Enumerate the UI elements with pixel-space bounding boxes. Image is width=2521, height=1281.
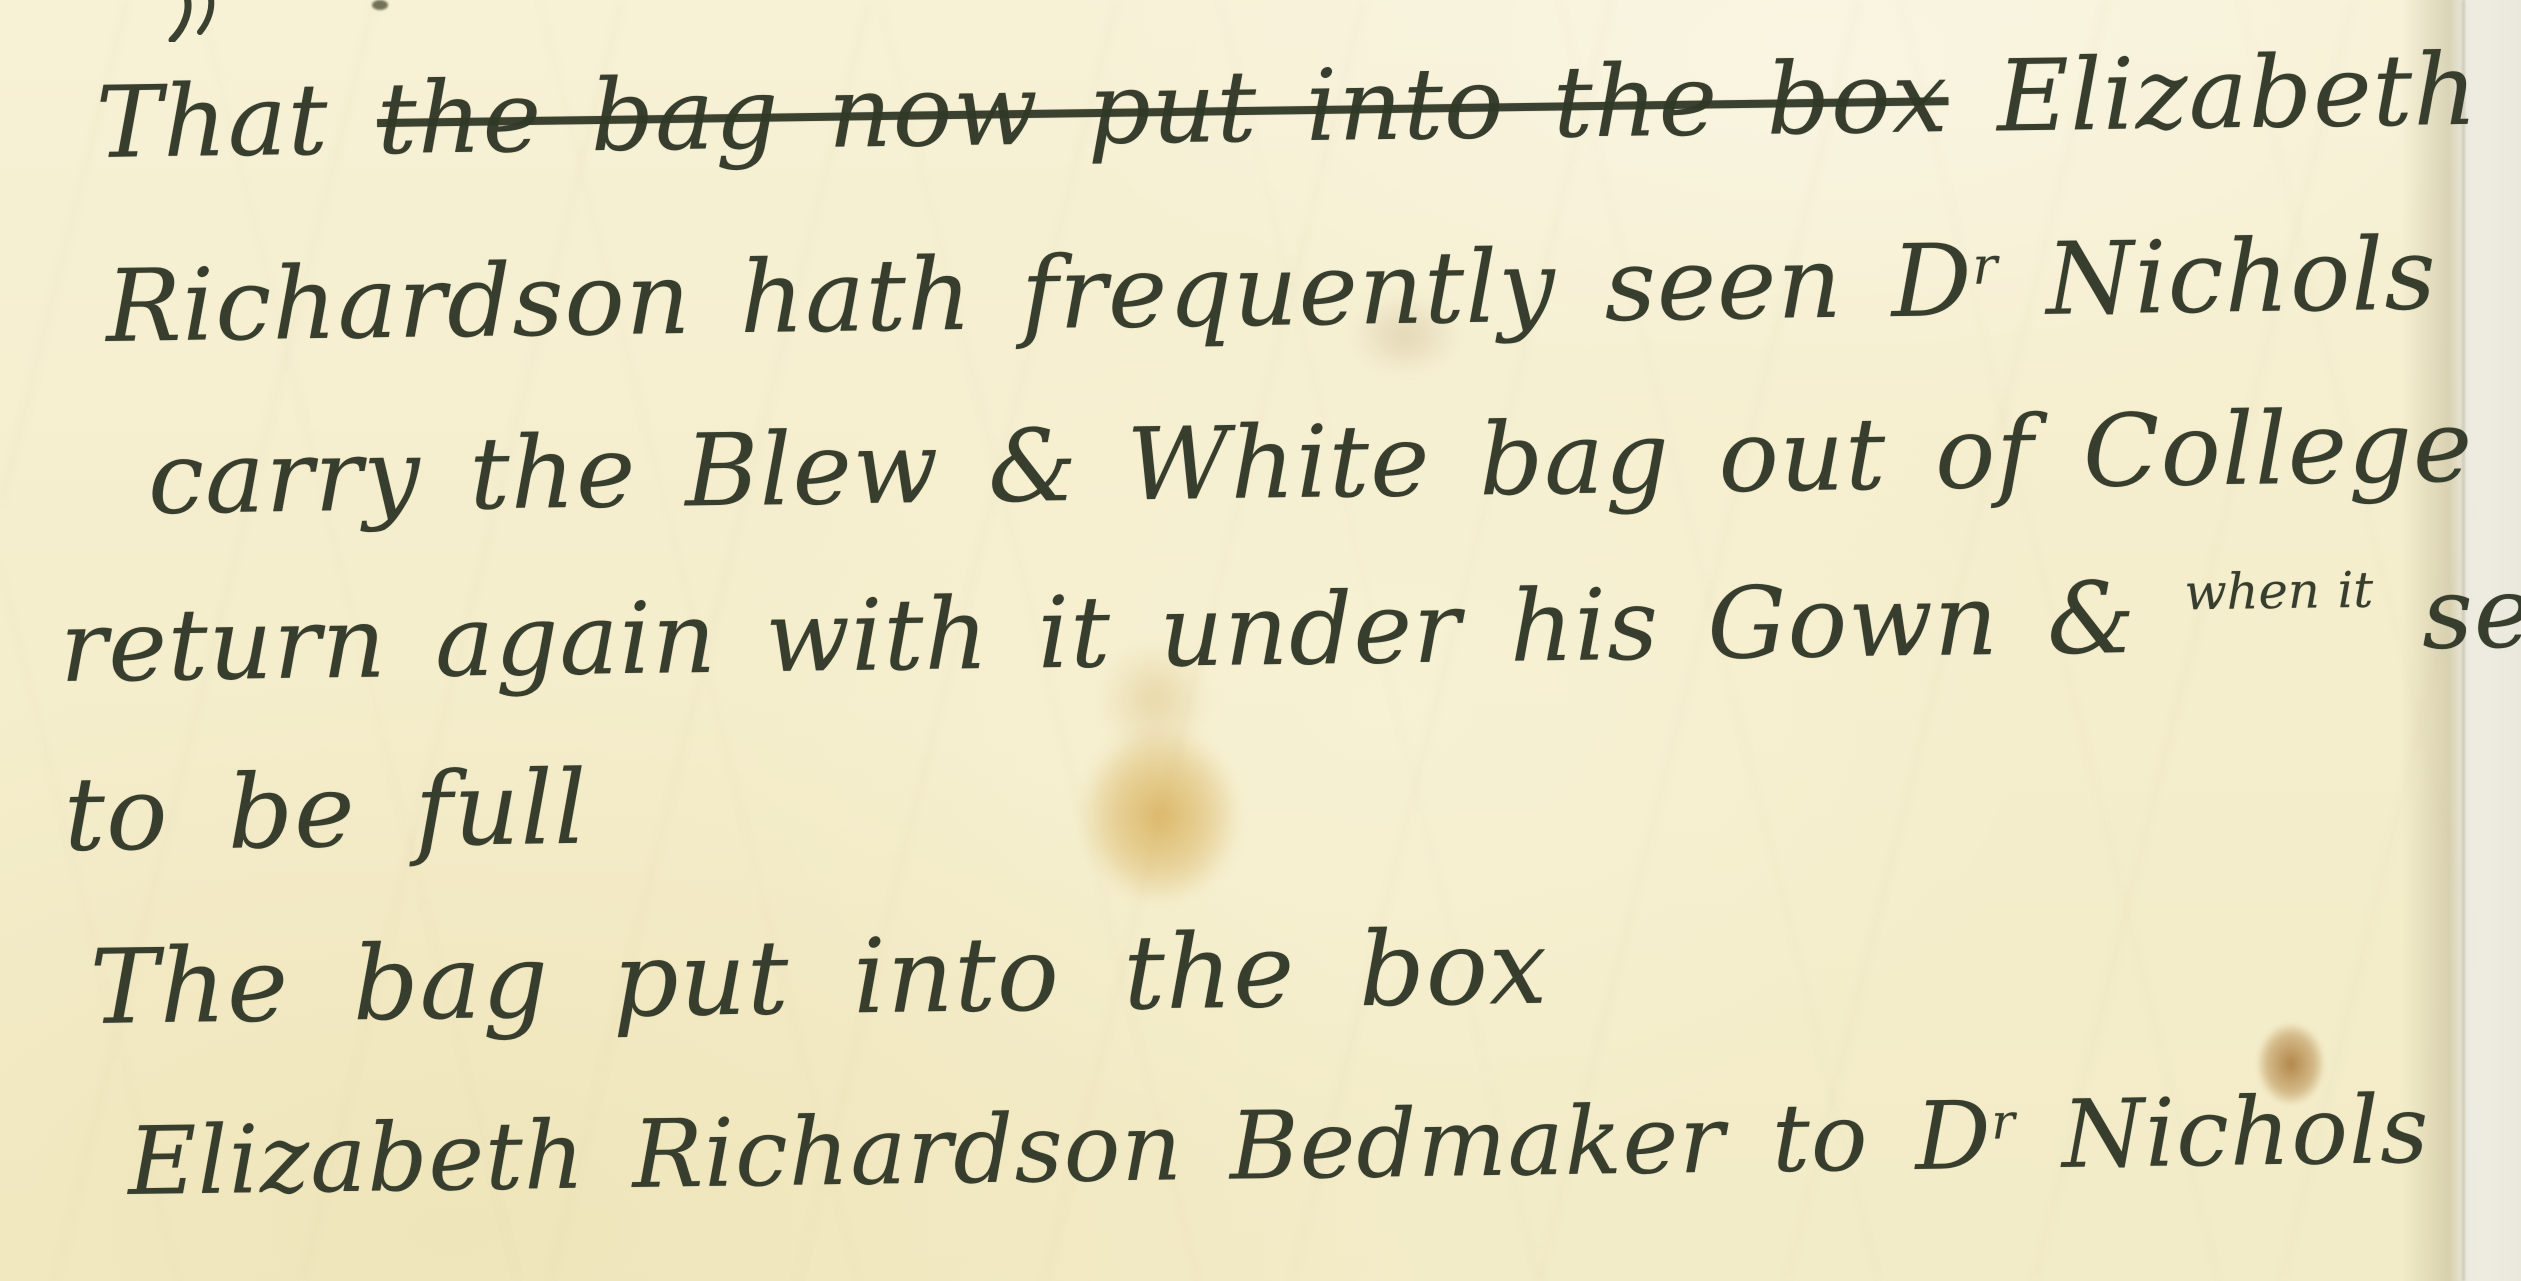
text-segment-normal: Nichols	[2014, 1076, 2430, 1191]
text-segment-normal: Elizabeth	[1948, 33, 2479, 155]
text-segment-struck: the bag now put into the box	[376, 40, 1949, 177]
text-segment-insertion: when it	[2184, 561, 2374, 622]
manuscript-line-6: The bag put into the box	[89, 908, 1549, 1048]
manuscript-line-5: to be full	[63, 749, 588, 875]
text-segment-normal: Nichols	[1997, 215, 2438, 338]
text-segment-normal: The bag put into the box	[89, 908, 1549, 1048]
text-segment-sup: r	[1991, 1093, 2015, 1150]
previous-line-ink-fragment	[158, 0, 248, 42]
text-segment-normal: That	[95, 62, 378, 181]
text-segment-normal: seemed	[2373, 552, 2521, 673]
text-segment-normal: to be full	[63, 749, 588, 875]
text-segment-sup: r	[1972, 236, 1998, 296]
